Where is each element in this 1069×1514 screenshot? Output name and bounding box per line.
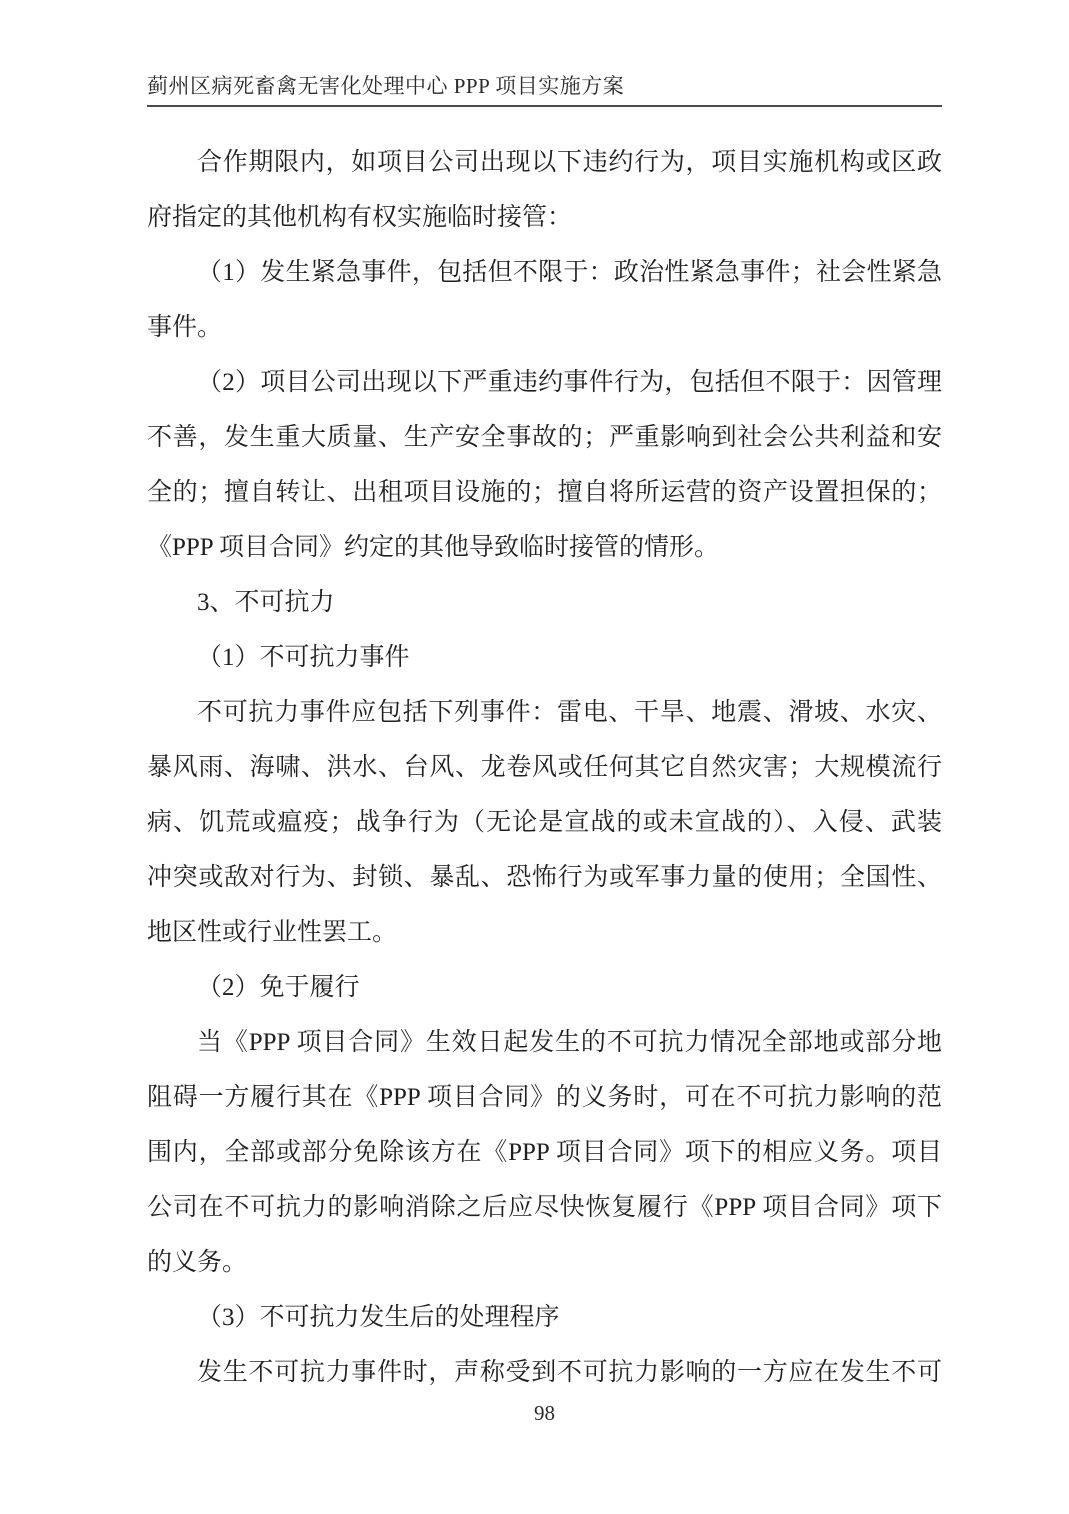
subsection-heading: （1）不可抗力事件 [147, 630, 942, 685]
subsection-heading: （3）不可抗力发生后的处理程序 [147, 1290, 942, 1345]
paragraph-line: 不善，发生重大质量、生产安全事故的；严重影响到社会公共利益和安 [147, 410, 942, 465]
paragraph-line: 府指定的其他机构有权实施临时接管： [147, 190, 942, 245]
header-title: 蓟州区病死畜禽无害化处理中心 PPP 项目实施方案 [147, 74, 624, 98]
paragraph-line: 全的；擅自转让、出租项目设施的；擅自将所运营的资产设置担保的； [147, 465, 942, 520]
paragraph-line: 不可抗力事件应包括下列事件：雷电、干旱、地震、滑坡、水灾、 [147, 685, 942, 740]
paragraph-line: 当《PPP 项目合同》生效日起发生的不可抗力情况全部地或部分地 [147, 1015, 942, 1070]
paragraph-line: 《PPP 项目合同》约定的其他导致临时接管的情形。 [147, 520, 942, 575]
page-footer: 98 [147, 1400, 942, 1426]
paragraph-line: 地区性或行业性罢工。 [147, 905, 942, 960]
page-header: 蓟州区病死畜禽无害化处理中心 PPP 项目实施方案 [147, 74, 942, 107]
paragraph-line: 合作期限内，如项目公司出现以下违约行为，项目实施机构或区政 [147, 135, 942, 190]
document-page: 蓟州区病死畜禽无害化处理中心 PPP 项目实施方案 合作期限内，如项目公司出现以… [0, 0, 1069, 1514]
document-body: 合作期限内，如项目公司出现以下违约行为，项目实施机构或区政府指定的其他机构有权实… [147, 135, 942, 1400]
paragraph-line: 冲突或敌对行为、封锁、暴乱、恐怖行为或军事力量的使用；全国性、 [147, 850, 942, 905]
footer-page-number: 98 [534, 1401, 555, 1425]
paragraph-line: （1）发生紧急事件，包括但不限于：政治性紧急事件；社会性紧急 [147, 245, 942, 300]
paragraph-line: 暴风雨、海啸、洪水、台风、龙卷风或任何其它自然灾害；大规模流行 [147, 740, 942, 795]
paragraph-line: 公司在不可抗力的影响消除之后应尽快恢复履行《PPP 项目合同》项下 [147, 1180, 942, 1235]
paragraph-line: 事件。 [147, 300, 942, 355]
paragraph-line: 阻碍一方履行其在《PPP 项目合同》的义务时，可在不可抗力影响的范 [147, 1070, 942, 1125]
section-heading: 3、不可抗力 [147, 575, 942, 630]
paragraph-line: 围内，全部或部分免除该方在《PPP 项目合同》项下的相应义务。项目 [147, 1125, 942, 1180]
subsection-heading: （2）免于履行 [147, 960, 942, 1015]
paragraph-line: 病、饥荒或瘟疫；战争行为（无论是宣战的或未宣战的）、入侵、武装 [147, 795, 942, 850]
paragraph-line: 的义务。 [147, 1235, 942, 1290]
paragraph-line: （2）项目公司出现以下严重违约事件行为，包括但不限于：因管理 [147, 355, 942, 410]
paragraph-line: 发生不可抗力事件时，声称受到不可抗力影响的一方应在发生不可 [147, 1345, 942, 1400]
